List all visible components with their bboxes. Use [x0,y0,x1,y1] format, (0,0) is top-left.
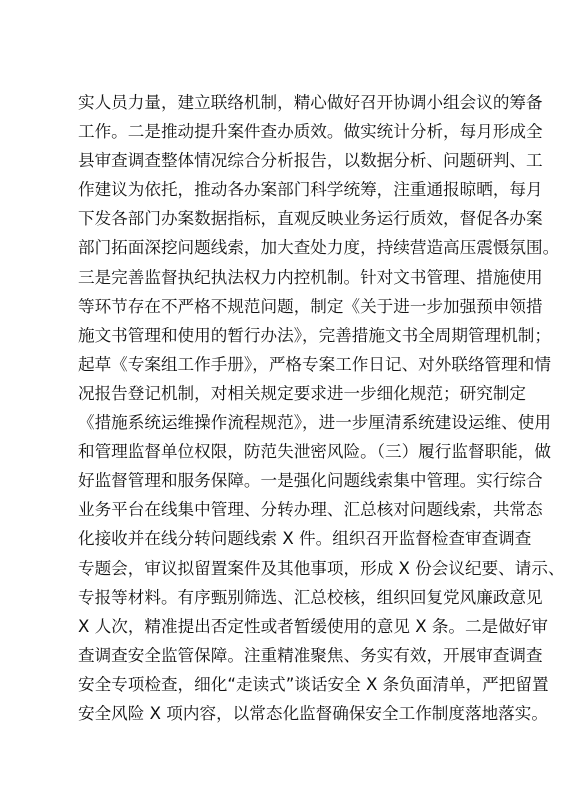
text-line: 《措施系统运维操作流程规范》，进一步厘清系统建设运维、使用 [78,408,502,437]
text-line: 化接收并在线分转问题线索 X 件。组织召开监督检查审查调查 [78,524,502,553]
text-line: 作建议为依托，推动各办案部门科学统筹，注重通报晾晒，每月 [78,175,502,204]
text-line: 工作。二是推动提升案件查办质效。做实统计分析，每月形成全 [78,117,502,146]
text-line: 施文书管理和使用的暂行办法》，完善措施文书全周期管理机制； [78,321,502,350]
text-line: 安全专项检查，细化“走读式”谈话安全 X 条负面清单，严把留置 [78,670,502,699]
text-line: 实人员力量，建立联络机制，精心做好召开协调小组会议的筹备 [78,88,502,117]
text-line: 下发各部门办案数据指标，直观反映业务运行质效，督促各办案 [78,204,502,233]
text-line: 查调查安全监管保障。注重精准聚焦、务实有效，开展审查调查 [78,641,502,670]
text-line: 专题会，审议拟留置案件及其他事项，形成 X 份会议纪要、请示、 [78,554,502,583]
text-line: 安全风险 X 项内容，以常态化监督确保安全工作制度落地落实。 [78,699,502,728]
text-line: 好监督管理和服务保障。一是强化问题线索集中管理。实行综合 [78,466,502,495]
text-line: 县审查调查整体情况综合分析报告，以数据分析、问题研判、工 [78,146,502,175]
text-line: 业务平台在线集中管理、分转办理、汇总核对问题线索，共常态 [78,495,502,524]
text-line: X 人次，精准提出否定性或者暂缓使用的意见 X 条。二是做好审 [78,612,502,641]
text-line: 况报告登记机制，对相关规定要求进一步细化规范；研究制定 [78,379,502,408]
text-line: 部门拓面深挖问题线索，加大查处力度，持续营造高压震慑氛围。 [78,233,502,262]
text-line: 和管理监督单位权限，防范失泄密风险。（三）履行监督职能，做 [78,437,502,466]
text-line: 起草《专案组工作手册》，严格专案工作日记、对外联络管理和情 [78,350,502,379]
text-line: 专报等材料。有序甄别筛选、汇总校核，组织回复党风廉政意见 [78,583,502,612]
text-line: 三是完善监督执纪执法权力内控机制。针对文书管理、措施使用 [78,263,502,292]
document-page: 实人员力量，建立联络机制，精心做好召开协调小组会议的筹备 工作。二是推动提升案件… [78,88,502,728]
text-line: 等环节存在不严格不规范问题，制定《关于进一步加强预申领措 [78,292,502,321]
